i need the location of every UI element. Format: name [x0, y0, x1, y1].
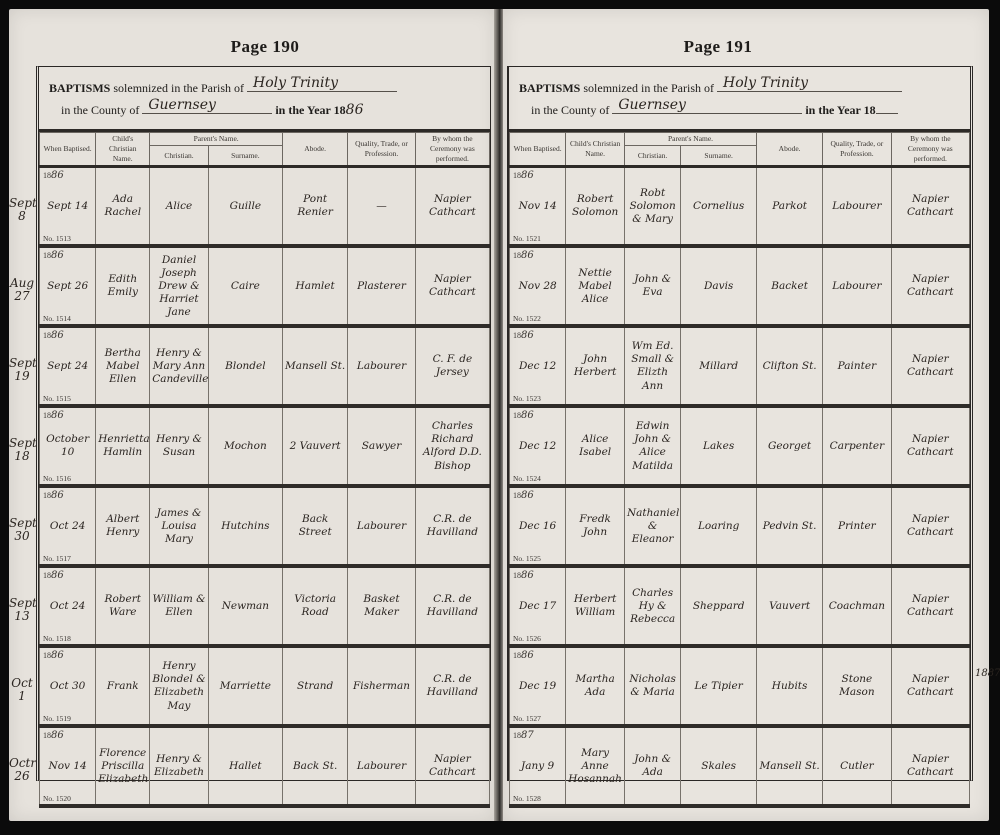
col-when: When Baptised.: [40, 133, 96, 167]
abode: Vauvert: [757, 566, 823, 646]
officiant: Napier Cathcart: [891, 486, 969, 566]
abode: Parkot: [757, 167, 823, 247]
col-by-whom: By whom the Ceremony was performed.: [415, 133, 489, 167]
heading-text: solemnized in the Parish of: [583, 81, 714, 95]
year-label: in the Year 18: [275, 103, 345, 117]
year-stamp: 1886: [43, 170, 64, 183]
table-row: 1886Dec 17No. 1526Herbert WilliamCharles…: [510, 566, 970, 646]
abode: Pedvin St.: [757, 486, 823, 566]
year-stamp: 1886: [43, 410, 64, 423]
parent-christian-names: Daniel Joseph Drew & Harriet Jane: [150, 246, 209, 326]
year-stamp: 1886: [513, 410, 534, 423]
baptism-table: When Baptised. Child's Christian Name. P…: [39, 132, 490, 808]
entry-number: No. 1527: [513, 714, 541, 723]
child-name: Martha Ada: [566, 646, 625, 726]
table-row: 1886Oct 30No. 1519FrankHenry Blondel & E…: [40, 646, 490, 726]
profession: Fisherman: [348, 646, 416, 726]
baptism-date: 1886Dec 12No. 1524: [510, 406, 566, 486]
profession: Labourer: [348, 486, 416, 566]
surname: Le Tipier: [681, 646, 757, 726]
col-child: Child's Christian Name.: [96, 133, 150, 167]
child-name: Alice Isabel: [566, 406, 625, 486]
parent-christian-names: John & Ada: [624, 726, 680, 806]
officiant: Napier Cathcart: [415, 167, 489, 247]
margin-birth-date: Sept 13: [9, 597, 35, 623]
table-row: 1886Dec 12No. 1523John HerbertWm Ed. Sma…: [510, 326, 970, 406]
year-stamp: 1886: [513, 170, 534, 183]
surname: Loaring: [681, 486, 757, 566]
profession: Carpenter: [823, 406, 892, 486]
right-register-page: Page 191 BAPTISMS solemnized in the Pari…: [503, 9, 989, 821]
col-when: When Baptised.: [510, 133, 566, 167]
officiant: Napier Cathcart: [891, 406, 969, 486]
child-name: Mary Anne Hosannah: [566, 726, 625, 806]
parent-christian-names: Edwin John & Alice Matilda: [624, 406, 680, 486]
abode: Hamlet: [283, 246, 348, 326]
officiant: C. F. de Jersey: [415, 326, 489, 406]
profession: Labourer: [823, 246, 892, 326]
entry-number: No. 1523: [513, 394, 541, 403]
child-name: Bertha Mabel Ellen: [96, 326, 150, 406]
abode: Mansell St.: [757, 726, 823, 806]
year-stamp: 1887: [513, 730, 534, 743]
officiant: Napier Cathcart: [891, 167, 969, 247]
county-label: in the County of: [531, 103, 609, 117]
baptism-date: 1886Oct 24No. 1517: [40, 486, 96, 566]
margin-birth-date: Sept 19: [9, 357, 35, 383]
abode: Clifton St.: [757, 326, 823, 406]
surname: Hallet: [208, 726, 282, 806]
baptism-date: 1886Sept 14No. 1513: [40, 167, 96, 247]
date-text: Dec 16: [519, 520, 556, 532]
margin-birth-date: Sept 30: [9, 517, 35, 543]
abode: Strand: [283, 646, 348, 726]
date-text: Nov 28: [519, 280, 557, 292]
margin-birth-date: Aug 27: [9, 277, 35, 303]
child-name: Edith Emily: [96, 246, 150, 326]
year-stamp: 1886: [43, 570, 64, 583]
county-name: Guernsey: [618, 97, 686, 113]
entry-number: No. 1524: [513, 474, 541, 483]
surname: Cornelius: [681, 167, 757, 247]
col-parents: Parent's Name.: [624, 133, 756, 146]
profession: Stone Mason: [823, 646, 892, 726]
baptism-date: 1887Jany 9No. 1528: [510, 726, 566, 806]
abode: Mansell St.: [283, 326, 348, 406]
profession: —: [348, 167, 416, 247]
date-text: Nov 14: [49, 760, 87, 772]
parent-christian-names: Nicholas & Maria: [624, 646, 680, 726]
parent-christian-names: Wm Ed. Small & Elizth Ann: [624, 326, 680, 406]
table-row: 1886Dec 19No. 1527Martha AdaNicholas & M…: [510, 646, 970, 726]
col-quality: Quality, Trade, or Profession.: [348, 133, 416, 167]
abode: Hubits: [757, 646, 823, 726]
profession: Sawyer: [348, 406, 416, 486]
col-abode: Abode.: [757, 133, 823, 167]
parent-christian-names: Nathaniel & Eleanor: [624, 486, 680, 566]
year-stamp: 1886: [43, 650, 64, 663]
table-row: 1886Sept 14No. 1513Ada RachelAliceGuille…: [40, 167, 490, 247]
heading-baptisms: BAPTISMS: [519, 81, 580, 95]
surname: Sheppard: [681, 566, 757, 646]
col-christian: Christian.: [624, 146, 680, 167]
abode: Victoria Road: [283, 566, 348, 646]
col-child: Child's Christian Name.: [566, 133, 625, 167]
col-by-whom: By whom the Ceremony was performed.: [891, 133, 969, 167]
table-row: 1886Nov 14No. 1521Robert SolomonRobt Sol…: [510, 167, 970, 247]
surname: Davis: [681, 246, 757, 326]
register-heading: BAPTISMS solemnized in the Parish of Hol…: [39, 67, 490, 132]
baptism-date: 1886Oct 24No. 1518: [40, 566, 96, 646]
parent-christian-names: Henry & Susan: [150, 406, 209, 486]
child-name: Robert Solomon: [566, 167, 625, 247]
baptism-date: 1886Dec 17No. 1526: [510, 566, 566, 646]
officiant: Napier Cathcart: [415, 246, 489, 326]
officiant: Napier Cathcart: [891, 326, 969, 406]
margin-year-note: 1887: [975, 668, 1000, 679]
year-stamp: 1886: [43, 330, 64, 343]
year-stamp: 1886: [513, 490, 534, 503]
abode: 2 Vauvert: [283, 406, 348, 486]
date-text: Oct 30: [50, 680, 85, 692]
county-label: in the County of: [61, 103, 139, 117]
surname: Mochon: [208, 406, 282, 486]
margin-birth-date: Sept 8: [9, 197, 35, 223]
abode: Back St.: [283, 726, 348, 806]
date-text: October 10: [46, 433, 89, 458]
page-number: Page 191: [503, 37, 933, 57]
entry-number: No. 1520: [43, 794, 71, 803]
year-suffix: 86: [346, 102, 364, 118]
officiant: C.R. de Havilland: [415, 566, 489, 646]
year-stamp: 1886: [513, 330, 534, 343]
surname: Guille: [208, 167, 282, 247]
abode: Backet: [757, 246, 823, 326]
entry-number: No. 1526: [513, 634, 541, 643]
date-text: Dec 19: [519, 680, 556, 692]
officiant: Napier Cathcart: [891, 646, 969, 726]
date-text: Sept 14: [47, 200, 88, 212]
parent-christian-names: Henry & Elizabeth: [150, 726, 209, 806]
table-row: 1886Dec 12No. 1524Alice IsabelEdwin John…: [510, 406, 970, 486]
parish-name: Holy Trinity: [253, 75, 338, 91]
register-heading: BAPTISMS solemnized in the Parish of Hol…: [509, 67, 970, 132]
surname: Marriette: [208, 646, 282, 726]
table-row: 1887Jany 9No. 1528Mary Anne HosannahJohn…: [510, 726, 970, 806]
profession: Cutler: [823, 726, 892, 806]
entry-number: No. 1516: [43, 474, 71, 483]
date-text: Oct 24: [50, 520, 85, 532]
year-stamp: 1886: [43, 730, 64, 743]
surname: Lakes: [681, 406, 757, 486]
parish-name: Holy Trinity: [723, 75, 808, 91]
parent-christian-names: James & Louisa Mary: [150, 486, 209, 566]
child-name: John Herbert: [566, 326, 625, 406]
date-text: Sept 24: [47, 360, 88, 372]
county-name: Guernsey: [148, 97, 216, 113]
entry-number: No. 1515: [43, 394, 71, 403]
surname: Blondel: [208, 326, 282, 406]
year-stamp: 1886: [513, 250, 534, 263]
surname: Millard: [681, 326, 757, 406]
date-text: Nov 14: [519, 200, 557, 212]
entry-number: No. 1525: [513, 554, 541, 563]
baptism-date: 1886Sept 24No. 1515: [40, 326, 96, 406]
profession: Basket Maker: [348, 566, 416, 646]
profession: Plasterer: [348, 246, 416, 326]
col-christian: Christian.: [150, 146, 209, 167]
entry-number: No. 1521: [513, 234, 541, 243]
surname: Newman: [208, 566, 282, 646]
officiant: Napier Cathcart: [891, 566, 969, 646]
officiant: Charles Richard Alford D.D. Bishop: [415, 406, 489, 486]
table-row: 1886Sept 26No. 1514Edith EmilyDaniel Jos…: [40, 246, 490, 326]
col-surname: Surname.: [208, 146, 282, 167]
year-label: in the Year 18: [805, 103, 875, 117]
child-name: Nettie Mabel Alice: [566, 246, 625, 326]
child-name: Florence Priscilla Elizabeth: [96, 726, 150, 806]
officiant: C.R. de Havilland: [415, 646, 489, 726]
table-row: 1886Nov 14No. 1520Florence Priscilla Eli…: [40, 726, 490, 806]
profession: Coachman: [823, 566, 892, 646]
table-row: 1886October 10No. 1516Henrietta HamlinHe…: [40, 406, 490, 486]
left-register-page: Page 190 BAPTISMS solemnized in the Pari…: [9, 9, 495, 821]
parent-christian-names: Alice: [150, 167, 209, 247]
date-text: Jany 9: [521, 760, 554, 772]
year-stamp: 1886: [43, 250, 64, 263]
col-quality: Quality, Trade, or Profession.: [823, 133, 892, 167]
baptism-date: 1886Nov 14No. 1520: [40, 726, 96, 806]
register-frame: BAPTISMS solemnized in the Parish of Hol…: [36, 66, 491, 781]
col-surname: Surname.: [681, 146, 757, 167]
surname: Skales: [681, 726, 757, 806]
baptism-date: 1886Nov 14No. 1521: [510, 167, 566, 247]
profession: Printer: [823, 486, 892, 566]
profession: Labourer: [823, 167, 892, 247]
officiant: C.R. de Havilland: [415, 486, 489, 566]
year-stamp: 1886: [513, 570, 534, 583]
col-abode: Abode.: [283, 133, 348, 167]
baptism-date: 1886Dec 16No. 1525: [510, 486, 566, 566]
date-text: Dec 12: [519, 440, 556, 452]
surname: Hutchins: [208, 486, 282, 566]
table-row: 1886Nov 28No. 1522Nettie Mabel AliceJohn…: [510, 246, 970, 326]
page-number: Page 190: [35, 37, 495, 57]
date-text: Oct 24: [50, 600, 85, 612]
officiant: Napier Cathcart: [891, 246, 969, 326]
year-stamp: 1886: [513, 650, 534, 663]
abode: Back Street: [283, 486, 348, 566]
child-name: Albert Henry: [96, 486, 150, 566]
year-stamp: 1886: [43, 490, 64, 503]
profession: Labourer: [348, 726, 416, 806]
date-text: Sept 26: [47, 280, 88, 292]
parent-christian-names: John & Eva: [624, 246, 680, 326]
baptism-date: 1886Sept 26No. 1514: [40, 246, 96, 326]
parent-christian-names: Henry & Mary Ann Candeville: [150, 326, 209, 406]
child-name: Robert Ware: [96, 566, 150, 646]
entry-number: No. 1514: [43, 314, 71, 323]
officiant: Napier Cathcart: [891, 726, 969, 806]
table-row: 1886Oct 24No. 1517Albert HenryJames & Lo…: [40, 486, 490, 566]
baptism-date: 1886Dec 19No. 1527: [510, 646, 566, 726]
col-parents: Parent's Name.: [150, 133, 283, 146]
baptism-table: When Baptised. Child's Christian Name. P…: [509, 132, 970, 808]
table-row: 1886Oct 24No. 1518Robert WareWilliam & E…: [40, 566, 490, 646]
abode: Georget: [757, 406, 823, 486]
parent-christian-names: William & Ellen: [150, 566, 209, 646]
child-name: Ada Rachel: [96, 167, 150, 247]
entry-number: No. 1528: [513, 794, 541, 803]
parent-christian-names: Charles Hy & Rebecca: [624, 566, 680, 646]
entry-number: No. 1517: [43, 554, 71, 563]
parent-christian-names: Henry Blondel & Elizabeth May: [150, 646, 209, 726]
profession: Painter: [823, 326, 892, 406]
surname: Caire: [208, 246, 282, 326]
officiant: Napier Cathcart: [415, 726, 489, 806]
child-name: Fredk John: [566, 486, 625, 566]
child-name: Frank: [96, 646, 150, 726]
table-row: 1886Sept 24No. 1515Bertha Mabel EllenHen…: [40, 326, 490, 406]
entry-number: No. 1522: [513, 314, 541, 323]
baptism-date: 1886October 10No. 1516: [40, 406, 96, 486]
register-frame: BAPTISMS solemnized in the Parish of Hol…: [507, 66, 973, 781]
entry-number: No. 1518: [43, 634, 71, 643]
margin-birth-date: Oct 1: [9, 677, 35, 703]
heading-text: solemnized in the Parish of: [113, 81, 244, 95]
table-row: 1886Dec 16No. 1525Fredk JohnNathaniel & …: [510, 486, 970, 566]
margin-birth-date: Sept 18: [9, 437, 35, 463]
heading-baptisms: BAPTISMS: [49, 81, 110, 95]
baptism-date: 1886Oct 30No. 1519: [40, 646, 96, 726]
date-text: Dec 12: [519, 360, 556, 372]
date-text: Dec 17: [519, 600, 556, 612]
baptism-date: 1886Dec 12No. 1523: [510, 326, 566, 406]
entry-number: No. 1519: [43, 714, 71, 723]
child-name: Herbert William: [566, 566, 625, 646]
child-name: Henrietta Hamlin: [96, 406, 150, 486]
entry-number: No. 1513: [43, 234, 71, 243]
profession: Labourer: [348, 326, 416, 406]
parent-christian-names: Robt Solomon & Mary: [624, 167, 680, 247]
abode: Pont Renier: [283, 167, 348, 247]
margin-birth-date: Octr 26: [9, 757, 35, 783]
baptism-date: 1886Nov 28No. 1522: [510, 246, 566, 326]
